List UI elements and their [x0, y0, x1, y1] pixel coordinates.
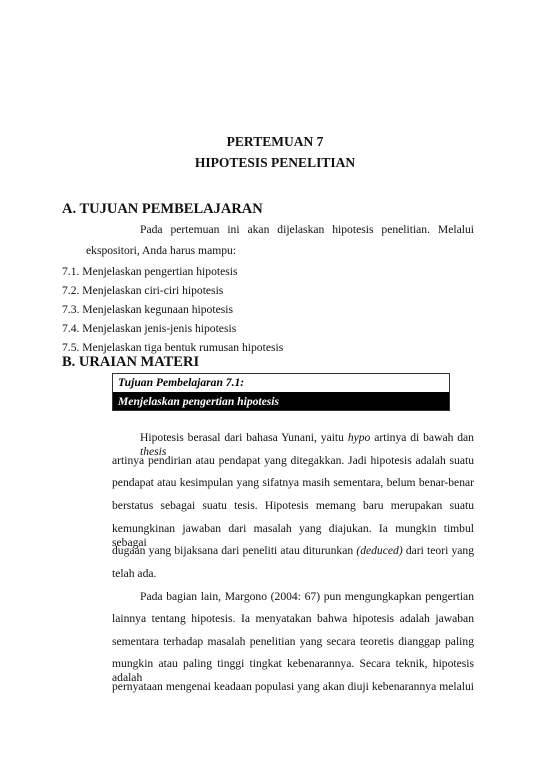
paragraph-line: sementara terhadap masalah penelitian ya…: [112, 635, 474, 649]
objective-item: 7.4. Menjelaskan jenis-jenis hipotesis: [62, 322, 236, 335]
text-span: dari teori yang: [403, 544, 474, 557]
learning-goal-label: Tujuan Pembelajaran 7.1:: [113, 374, 449, 392]
paragraph-line: berstatus sebagai suatu tesis. Hipotesis…: [112, 499, 474, 513]
italic-term: hypo: [348, 431, 371, 444]
paragraph-line: lainnya tentang hipotesis. Ia menyatakan…: [112, 612, 474, 626]
text-span: artinya di bawah dan: [370, 431, 474, 444]
learning-goal-value: Menjelaskan pengertian hipotesis: [113, 392, 449, 410]
meeting-title: PERTEMUAN 7: [0, 134, 550, 150]
intro-line-1: Pada pertemuan ini akan dijelaskan hipot…: [140, 223, 474, 236]
paragraph-line: Pada bagian lain, Margono (2004: 67) pun…: [140, 590, 474, 604]
objective-item: 7.5. Menjelaskan tiga bentuk rumusan hip…: [62, 341, 283, 354]
paragraph-line: artinya pendirian atau pendapat yang dit…: [112, 454, 474, 468]
objective-item: 7.3. Menjelaskan kegunaan hipotesis: [62, 303, 233, 316]
section-b-heading: B. URAIAN MATERI: [62, 354, 199, 371]
section-a-heading: A. TUJUAN PEMBELAJARAN: [62, 201, 263, 218]
intro-line-2: ekspositori, Anda harus mampu:: [86, 244, 236, 257]
paragraph-line: pernyataan mengenai keadaan populasi yan…: [112, 680, 474, 694]
objective-item: 7.2. Menjelaskan ciri-ciri hipotesis: [62, 284, 223, 297]
paragraph-line: dugaan yang bijaksana dari peneliti atau…: [112, 544, 474, 558]
learning-goal-box: Tujuan Pembelajaran 7.1: Menjelaskan pen…: [112, 373, 450, 411]
text-span: Hipotesis berasal dari bahasa Yunani, ya…: [140, 431, 348, 444]
objective-item: 7.1. Menjelaskan pengertian hipotesis: [62, 265, 237, 278]
italic-term: (deduced): [356, 544, 402, 557]
paragraph-line: telah ada.: [112, 567, 474, 581]
paragraph-line: pendapat atau kesimpulan yang sifatnya m…: [112, 476, 474, 490]
chapter-title: HIPOTESIS PENELITIAN: [0, 155, 550, 171]
text-span: dugaan yang bijaksana dari peneliti atau…: [112, 544, 356, 557]
